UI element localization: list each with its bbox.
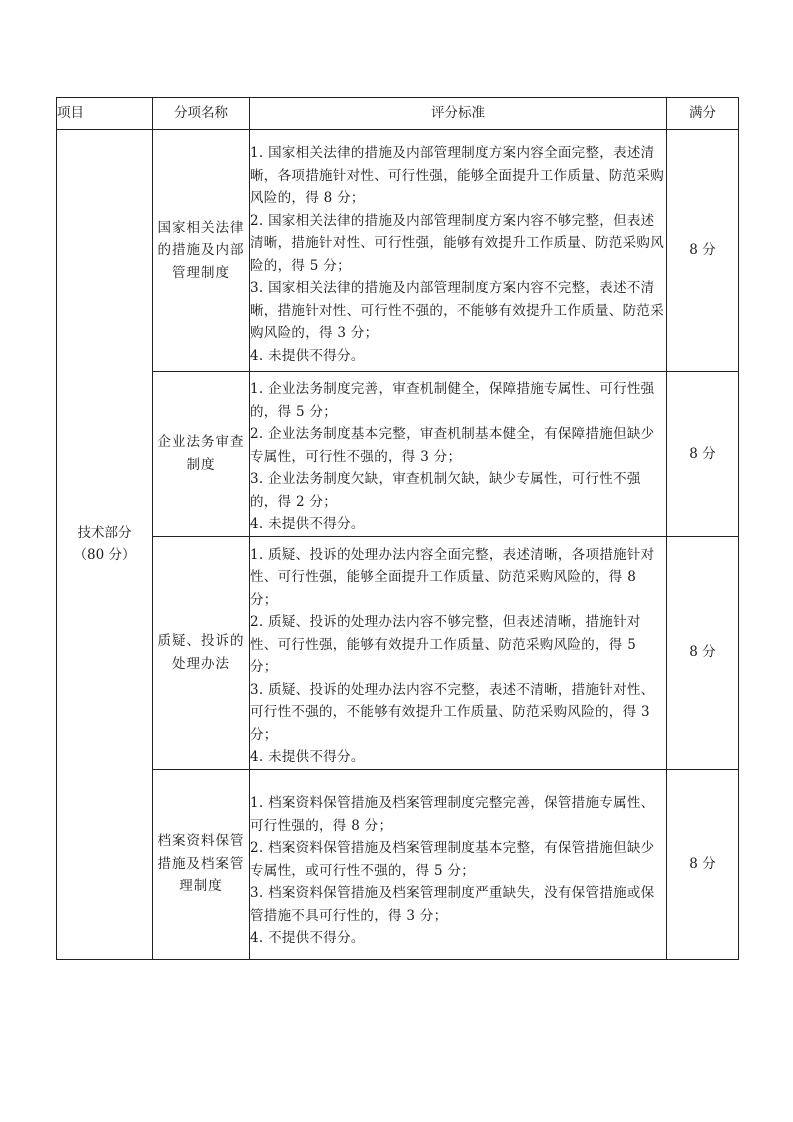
criteria-cell: 1. 国家相关法律的措施及内部管理制度方案内容全面完整，表述清晰，各项措施针对性…: [250, 130, 667, 372]
criteria-line: 1. 档案资料保管措施及档案管理制度完整完善，保管措施专属性、可行性强的，得 8…: [250, 792, 666, 837]
section-name: 技术部分: [57, 522, 152, 545]
criteria-line: 3. 质疑、投诉的处理办法内容不完整，表述不清晰，措施针对性、可行性不强的，不能…: [250, 679, 666, 747]
criteria-cell: 1. 企业法务制度完善，审查机制健全，保障措施专属性、可行性强的，得 5 分； …: [250, 372, 667, 537]
criteria-line: 1. 企业法务制度完善，审查机制健全，保障措施专属性、可行性强的，得 5 分；: [250, 378, 666, 423]
full-score: 8 分: [667, 130, 739, 372]
full-score: 8 分: [667, 769, 739, 959]
criteria-line: 4. 未提供不得分。: [250, 746, 666, 769]
table-row: 档案资料保管措施及档案管理制度 1. 档案资料保管措施及档案管理制度完整完善，保…: [57, 769, 739, 959]
section-cell: 技术部分 （80 分）: [57, 130, 153, 960]
criteria-cell: 1. 质疑、投诉的处理办法内容全面完整，表述清晰，各项措施针对性、可行性强，能够…: [250, 536, 667, 769]
header-item: 项目: [57, 98, 153, 130]
scoring-table: 项目 分项名称 评分标准 满分 技术部分 （80 分） 国家相关法律的措施及内部…: [56, 97, 739, 960]
criteria-line: 1. 国家相关法律的措施及内部管理制度方案内容全面完整，表述清晰，各项措施针对性…: [250, 142, 666, 210]
table-row: 企业法务审查制度 1. 企业法务制度完善，审查机制健全，保障措施专属性、可行性强…: [57, 372, 739, 537]
full-score: 8 分: [667, 372, 739, 537]
criteria-line: 2. 企业法务制度基本完整，审查机制基本健全，有保障措施但缺少专属性，可行性不强…: [250, 423, 666, 468]
criteria-line: 1. 质疑、投诉的处理办法内容全面完整，表述清晰，各项措施针对性、可行性强，能够…: [250, 544, 666, 612]
section-score: （80 分）: [57, 544, 152, 567]
criteria-line: 3. 企业法务制度欠缺，审查机制欠缺，缺少专属性，可行性不强的，得 2 分；: [250, 468, 666, 513]
sub-item-name: 国家相关法律的措施及内部管理制度: [153, 130, 250, 372]
sub-item-name: 质疑、投诉的处理办法: [153, 536, 250, 769]
criteria-line: 3. 档案资料保管措施及档案管理制度严重缺失，没有保管措施或保管措施不具可行性的…: [250, 882, 666, 927]
criteria-line: 2. 质疑、投诉的处理办法内容不够完整，但表述清晰，措施针对性、可行性强，能够有…: [250, 611, 666, 679]
full-score: 8 分: [667, 536, 739, 769]
header-criteria: 评分标准: [250, 98, 667, 130]
header-sub-item: 分项名称: [153, 98, 250, 130]
criteria-line: 2. 国家相关法律的措施及内部管理制度方案内容不够完整，但表述清晰，措施针对性、…: [250, 210, 666, 278]
table-header-row: 项目 分项名称 评分标准 满分: [57, 98, 739, 130]
table-row: 质疑、投诉的处理办法 1. 质疑、投诉的处理办法内容全面完整，表述清晰，各项措施…: [57, 536, 739, 769]
criteria-line: 4. 未提供不得分。: [250, 513, 666, 536]
criteria-line: 4. 未提供不得分。: [250, 345, 666, 368]
criteria-line: 3. 国家相关法律的措施及内部管理制度方案内容不完整，表述不清晰，措施针对性、可…: [250, 277, 666, 345]
criteria-line: 4. 不提供不得分。: [250, 927, 666, 950]
table-row: 技术部分 （80 分） 国家相关法律的措施及内部管理制度 1. 国家相关法律的措…: [57, 130, 739, 372]
criteria-line: 2. 档案资料保管措施及档案管理制度基本完整，有保管措施但缺少专属性，或可行性不…: [250, 837, 666, 882]
sub-item-name: 档案资料保管措施及档案管理制度: [153, 769, 250, 959]
sub-item-name: 企业法务审查制度: [153, 372, 250, 537]
header-full-score: 满分: [667, 98, 739, 130]
criteria-cell: 1. 档案资料保管措施及档案管理制度完整完善，保管措施专属性、可行性强的，得 8…: [250, 769, 667, 959]
